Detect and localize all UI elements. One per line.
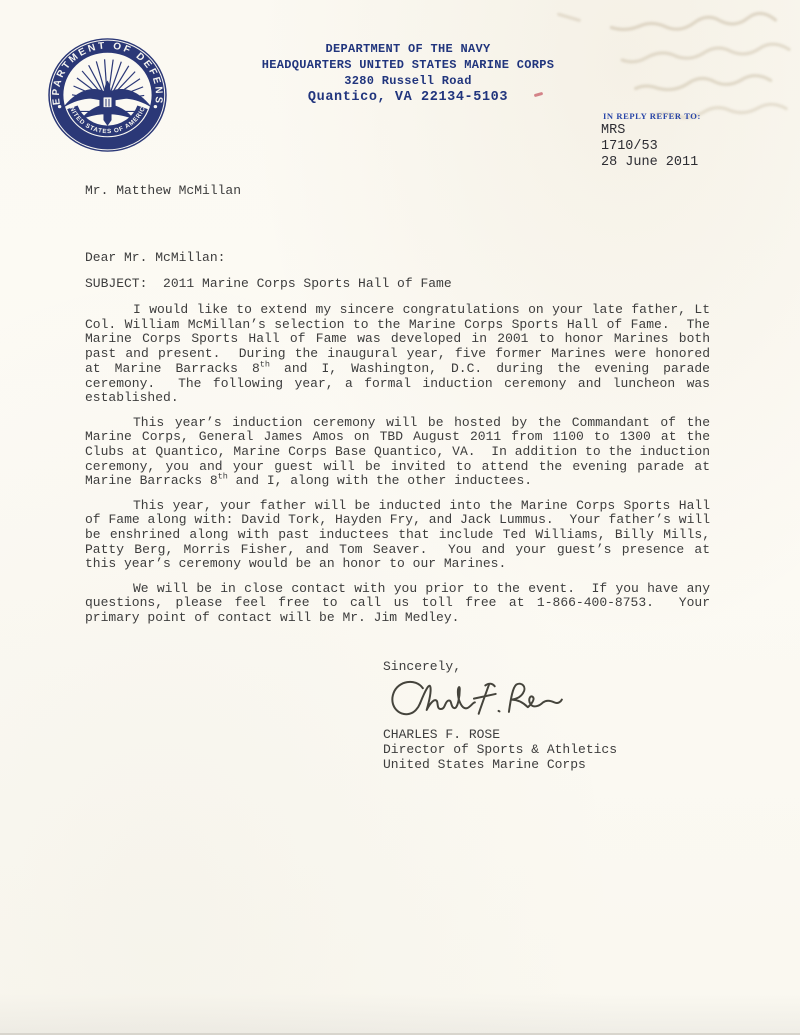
letterhead: DEPARTMENT OF THE NAVY HEADQUARTERS UNIT… [158, 41, 658, 106]
letter-body: I would like to extend my sincere congra… [85, 303, 710, 635]
letter-date: 28 June 2011 [601, 155, 698, 171]
paragraph-1: I would like to extend my sincere congra… [85, 303, 710, 406]
letterhead-street: 3280 Russell Road [158, 73, 658, 89]
signer-organization: United States Marine Corps [383, 757, 617, 772]
signer-title: Director of Sports & Athletics [383, 742, 617, 757]
subject-line: SUBJECT: 2011 Marine Corps Sports Hall o… [85, 276, 452, 291]
letterhead-city: Quantico, VA 22134-5103 [158, 89, 658, 106]
letter-page: DEPARTMENT OF DEFENSE UNITED STATES OF A… [0, 0, 800, 1035]
reply-ssic-number: 1710/53 [601, 139, 698, 155]
paragraph-3: This year, your father will be inducted … [85, 499, 710, 573]
signer-name: CHARLES F. ROSE [383, 727, 617, 742]
dod-seal-icon: DEPARTMENT OF DEFENSE UNITED STATES OF A… [47, 37, 168, 153]
salutation: Dear Mr. McMillan: [85, 250, 225, 265]
letterhead-department: DEPARTMENT OF THE NAVY [158, 41, 658, 57]
letterhead-headquarters: HEADQUARTERS UNITED STATES MARINE CORPS [158, 57, 658, 73]
reply-code: MRS [601, 123, 698, 139]
reply-reference-block: MRS 1710/53 28 June 2011 [601, 123, 698, 170]
closing-block: Sincerely, CHARLES F. ROSE Director of S… [383, 659, 617, 773]
paragraph-2: This year’s induction ceremony will be h… [85, 416, 710, 490]
reply-refer-label: IN REPLY REFER TO: [603, 111, 701, 121]
paragraph-4: We will be in close contact with you pri… [85, 582, 710, 626]
valediction: Sincerely, [383, 659, 617, 674]
signature-handwriting [379, 675, 567, 727]
recipient-name: Mr. Matthew McMillan [85, 183, 241, 198]
